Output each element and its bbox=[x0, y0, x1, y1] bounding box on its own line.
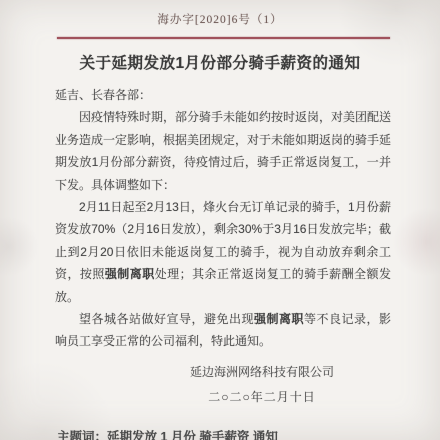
red-divider bbox=[57, 37, 390, 39]
doc-number: 海办字[2020]6号（1） bbox=[0, 11, 440, 27]
notice-paragraph: 因疫情特殊时期，部分骑手未能如约按时返岗，对美团配送业务造成一定影响，根据美团规… bbox=[55, 106, 391, 196]
notice-paragraphs: 因疫情特殊时期，部分骑手未能如约按时返岗，对美团配送业务造成一定影响，根据美团规… bbox=[55, 106, 391, 352]
notice-paragraph: 望各城各站做好宣导，避免出现强制离职等不良记录，影响员工享受正常的公司福利，特此… bbox=[55, 308, 391, 353]
emphasis-text: 强制离职 bbox=[105, 267, 155, 281]
subject-line-partial: 主题词：延期发放 1 月份 骑手薪资 通知 bbox=[57, 427, 278, 440]
notice-document: 海办字[2020]6号（1） 关于延期发放1月份部分骑手薪资的通知 延吉、长春各… bbox=[0, 0, 440, 440]
paragraph-text: 望各城各站做好宣导，避免出现 bbox=[79, 312, 254, 326]
signature-date: 二○二○年二月十日 bbox=[138, 389, 386, 405]
paragraph-text: 因疫情特殊时期，部分骑手未能如约按时返岗，对美团配送业务造成一定影响，根据美团规… bbox=[55, 110, 391, 191]
salutation: 延吉、长春各部： bbox=[55, 84, 391, 106]
emphasis-text: 强制离职 bbox=[254, 312, 304, 326]
notice-body: 延吉、长春各部： 因疫情特殊时期，部分骑手未能如约按时返岗，对美团配送业务造成一… bbox=[55, 84, 391, 353]
notice-paragraph: 2月11日起至2月13日，烽火台无订单记录的骑手，1月份薪资发放70%（2月16… bbox=[55, 196, 391, 308]
notice-title: 关于延期发放1月份部分骑手薪资的通知 bbox=[0, 51, 440, 73]
signature-company: 延边海洲网络科技有限公司 bbox=[138, 364, 386, 380]
signature-block: 延边海洲网络科技有限公司 二○二○年二月十日 bbox=[138, 364, 386, 405]
